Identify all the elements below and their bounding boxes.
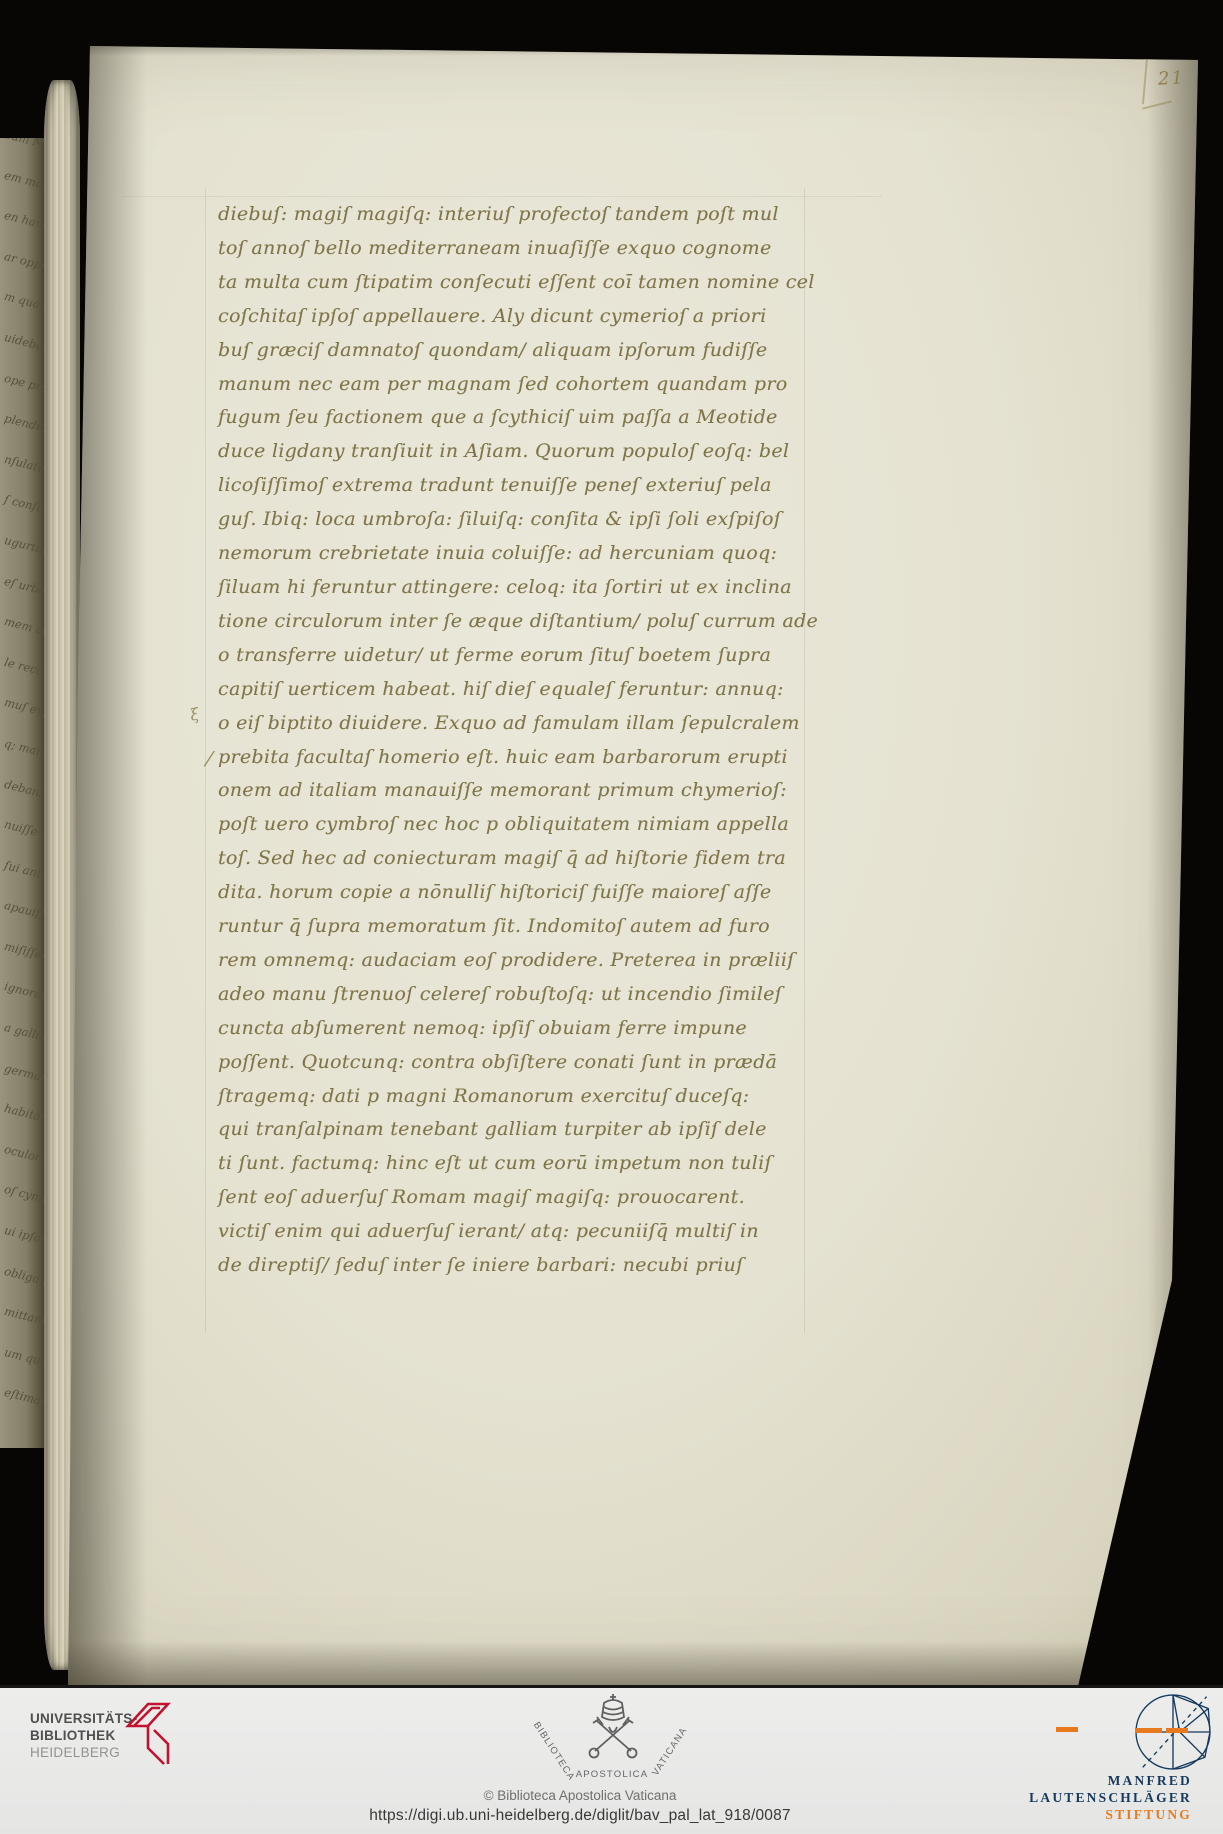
orange-dash-2 — [1135, 1728, 1162, 1733]
manuscript-line: ſtragemq: dati p magni Romanorum exercit… — [218, 1080, 803, 1114]
manuscript-line: de direptiſ/ ſeduſ inter ſe iniere barba… — [218, 1249, 803, 1283]
manuscript-line: toſ. Sed hec ad coniecturam magiſ q̄ ad … — [218, 842, 803, 876]
manuscript-line: adeo manu ſtrenuoſ celereſ robuſtoſq: ut… — [218, 978, 803, 1012]
manuscript-line: rem omnemq: audaciam eoſ prodidere. Pret… — [218, 944, 803, 978]
manuscript-line: prebita facultaſ homerio eſt. huic eam b… — [218, 741, 803, 775]
orange-dash-3 — [1166, 1728, 1188, 1733]
manuscript-text-block: diebuſ: magiſ magiſq: interiuſ profectoſ… — [218, 198, 803, 1283]
manuscript-line: onem ad italiam manauiſſe memorant primu… — [218, 774, 803, 808]
manuscript-line: cuncta abſumerent nemoq: ipſiſ obuiam fe… — [218, 1012, 803, 1046]
manuscript-line: tione circulorum inter ſe æque diſtantiu… — [218, 605, 803, 639]
manuscript-line: fugum ſeu factionem que a ſcythiciſ uim … — [218, 401, 803, 435]
manuscript-line: o transferre uidetur/ ut ferme eorum ſit… — [218, 639, 803, 673]
ruling-line-top — [122, 196, 882, 197]
manuscript-line: ſent eoſ aduerſuſ Romam magiſ magiſq: pr… — [218, 1181, 803, 1215]
manuscript-line: manum nec eam per magnam ſed cohortem qu… — [218, 368, 803, 402]
manuscript-line: runtur q̄ ſupra memoratum ſit. Indomitoſ… — [218, 910, 803, 944]
vatican-keys-emblem-icon — [583, 1693, 643, 1759]
lautenschlaeger-wordmark-line2: LAUTENSCHLÄGER — [1029, 1790, 1192, 1806]
manuscript-line: dita. horum copie a nōnulliſ hiſtoriciſ … — [218, 876, 803, 910]
heidelberg-open-book-icon — [120, 1698, 174, 1768]
manuscript-line: toſ annoſ bello mediterraneam inuaſiſſe … — [218, 232, 803, 266]
manuscript-line: qui tranſalpinam tenebant galliam turpit… — [218, 1113, 803, 1147]
facing-page-edge: dum Marem maximeen hanc inar oppreſſem q… — [0, 138, 48, 1448]
margin-mark-squiggle: ξ — [188, 704, 201, 724]
manuscript-line: poſſent. Quotcunq: contra obſiſtere cona… — [218, 1046, 803, 1080]
vatican-arc-text-right: VATICANA — [643, 1713, 698, 1789]
manuscript-line: ti ſunt. factumq: hinc eſt ut cum eorū i… — [218, 1147, 803, 1181]
persistent-url-text: https://digi.ub.uni-heidelberg.de/diglit… — [280, 1807, 880, 1825]
manuscript-page: 21 diebuſ: magiſ magiſq: interiuſ profec… — [62, 40, 1202, 1686]
lautenschlaeger-wordmark-line1: MANFRED — [1108, 1773, 1192, 1789]
manuscript-line: duce ligdany tranſiuit in Aſiam. Quorum … — [218, 435, 803, 469]
orange-dash-1 — [1056, 1727, 1078, 1732]
manuscript-line: poſt uero cymbroſ nec hoc p obliquitatem… — [218, 808, 803, 842]
manuscript-line: capitiſ uerticem habeat. hiſ dieſ equale… — [218, 673, 803, 707]
manuscript-line: coſchitaſ ipſoſ appellauere. Aly dicunt … — [218, 300, 803, 334]
right-edge-shadow — [1147, 40, 1202, 1686]
manuscript-line: diebuſ: magiſ magiſq: interiuſ profectoſ… — [218, 198, 803, 232]
manuscript-line: o eiſ biptito diuidere. Exquo ad famulam… — [218, 707, 803, 741]
manuscript-line: nemorum crebrietate inuia coluiſſe: ad h… — [218, 537, 803, 571]
digitized-manuscript-scan: dum Marem maximeen hanc inar oppreſſem q… — [0, 0, 1223, 1834]
manuscript-line: buſ græciſ damnatoſ quondam/ aliquam ipſ… — [218, 334, 803, 368]
manuscript-line: guſ. Ibiq: loca umbroſa: ſiluiſq: conſit… — [218, 503, 803, 537]
facing-page-text-fragment: eſtimant inte — [0, 1385, 48, 1436]
folio-number: 21 — [1157, 67, 1185, 89]
vatican-copyright-text: © Biblioteca Apostolica Vaticana — [430, 1788, 730, 1803]
margin-mark-slash: / — [205, 746, 214, 771]
folio-underline-mark — [1142, 100, 1171, 109]
manuscript-line: victiſ enim qui aduerſuſ ierant/ atq: pe… — [218, 1215, 803, 1249]
folio-corner-mark — [1142, 58, 1148, 104]
bottom-edge-shadow — [62, 1641, 1202, 1686]
manuscript-line: licoſiſſimoſ extrema tradunt tenuiſſe pe… — [218, 469, 803, 503]
lautenschlaeger-wordmark-line3: STIFTUNG — [1105, 1807, 1192, 1823]
ruling-line-right — [804, 188, 805, 1333]
top-edge-shadow — [62, 40, 1202, 56]
library-footer-bar: UNIVERSITÄTS- BIBLIOTHEK HEIDELBERG — [0, 1685, 1223, 1834]
manuscript-line: ſiluam hi feruntur attingere: celoq: ita… — [218, 571, 803, 605]
manuscript-line: ta multa cum ſtipatim conſecuti eſſent c… — [218, 266, 803, 300]
